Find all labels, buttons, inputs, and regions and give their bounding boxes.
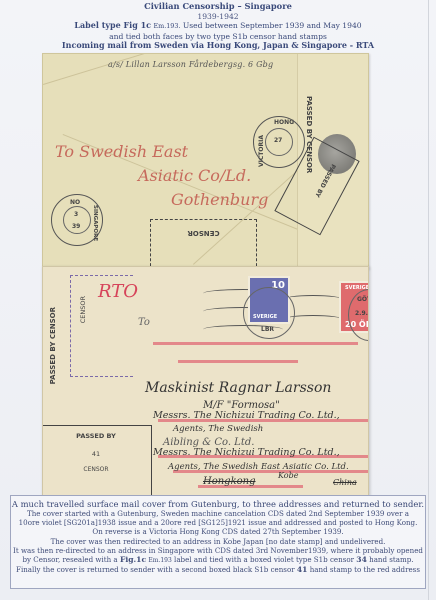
page-edge [428, 0, 429, 600]
address-line-7: Agents, The Swedish East Asiatic Co. Ltd… [168, 462, 349, 472]
sender-address: a/s/ Lillan Larsson Fårdebergsg. 6 Gbg [108, 60, 273, 69]
redirect-line-1: To Swedish East [55, 142, 188, 161]
address-line-6: Messrs. The Nichizui Trading Co. Ltd., [153, 447, 340, 458]
incoming-line: Incoming mail from Sweden via Hong Kong,… [0, 41, 436, 51]
label-em: Em.193. [153, 22, 180, 30]
redirect-line-2: Asiatic Co/Ld. [138, 166, 251, 185]
address-line-9: Kobe [278, 471, 298, 480]
rto-mark: RTO [98, 281, 138, 302]
album-page: Civilian Censorship – Singapore 1939-194… [0, 0, 436, 600]
censor-box-black: PASSED BY 41 CENSOR [42, 425, 152, 496]
front-cover: CENSOR PASSED BY CENSOR RTO 10 SVERIGE S… [42, 266, 369, 496]
passed-by-censor-side: PASSED BY CENSOR [49, 307, 57, 384]
machine-cancel-cds: LBR [243, 287, 295, 339]
label-desc: Used between September 1939 and May 1940 [183, 21, 362, 30]
description-lead: A much travelled surface mail cover from… [11, 499, 425, 509]
to-label: To [138, 317, 150, 328]
description-body: The cover started with a Gutenburg, Swed… [11, 509, 425, 574]
censor-box-offset: CENSOR [150, 219, 257, 269]
page-title: Civilian Censorship – Singapore [0, 2, 436, 12]
page-header: Civilian Censorship – Singapore 1939-194… [0, 2, 436, 51]
address-line-8: Hongkong [203, 476, 256, 487]
address-line-1: Maskinist Ragnar Larsson [145, 380, 331, 396]
address-line-3: Messrs. The Nichizui Trading Co. Ltd., [153, 410, 340, 421]
victoria-postmark: VICTORIA HONG 27 [253, 116, 305, 168]
address-line-10: China [333, 478, 357, 487]
strike-line [153, 342, 358, 345]
description-box: A much travelled surface mail cover from… [10, 495, 426, 589]
singapore-postmark: NO 3 39 SINGAPORE [51, 194, 103, 246]
strike-line [178, 360, 298, 363]
address-line-4: Agents, The Swedish [173, 424, 263, 434]
redirect-line-3: Gothenburg [171, 190, 268, 209]
back-cover: a/s/ Lillan Larsson Fårdebergsg. 6 Gbg T… [42, 53, 369, 269]
page-years: 1939-1942 [0, 12, 436, 22]
label-type-line: Label type Fig 1c Em.193. Used between S… [0, 21, 436, 32]
label-type: Label type Fig 1c [74, 20, 151, 30]
